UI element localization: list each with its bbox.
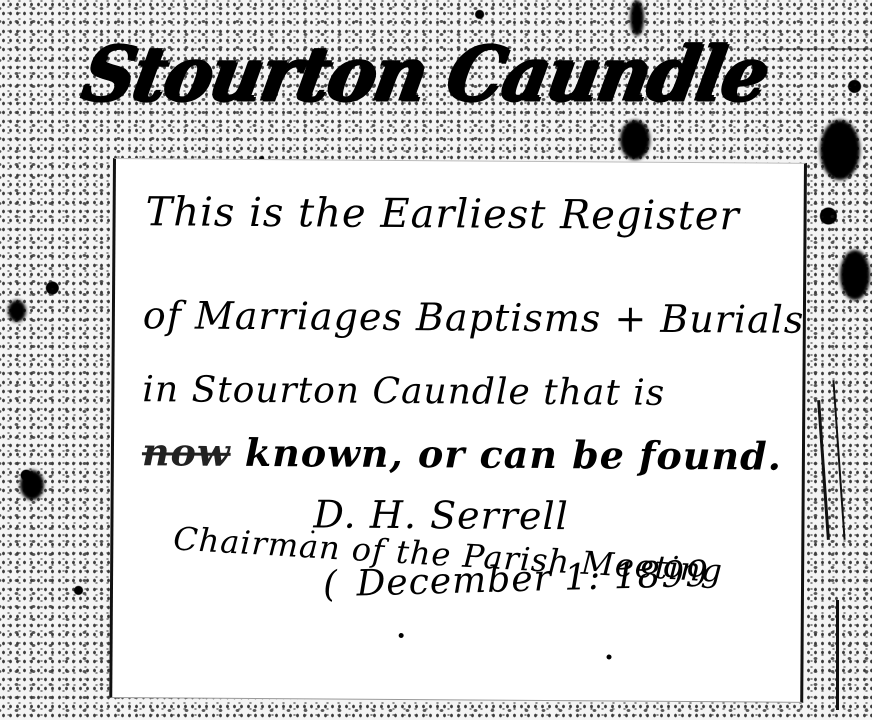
ink-blot [20,470,44,500]
ink-dot [311,530,314,533]
ink-blot [820,120,860,180]
ink-blot [620,120,650,160]
crease-line [760,48,870,50]
ink-dot [399,633,404,638]
ink-blot [8,300,26,322]
label-line-2: of Marriages Baptisms + Burials [143,293,805,342]
pasted-label: This is the Earliest Register of Marriag… [109,158,807,703]
label-line-3: in Stourton Caundle that is [142,369,665,414]
struck-word: now [142,429,231,475]
date-text: December 1: 1899 [356,554,710,605]
label-line-1: This is the Earliest Register [145,189,739,239]
date-bracket: ( [322,564,338,605]
label-line-4: now known, or can be found. [142,429,782,478]
ink-dot [607,654,612,659]
scanned-page: Stourton Caundle This is the Earliest Re… [0,0,872,720]
cover-title: Stourton Caundle [76,28,774,117]
label-line-4-text: known, or can be found. [245,430,782,479]
crease-line [836,600,839,710]
ink-blot [840,250,870,300]
